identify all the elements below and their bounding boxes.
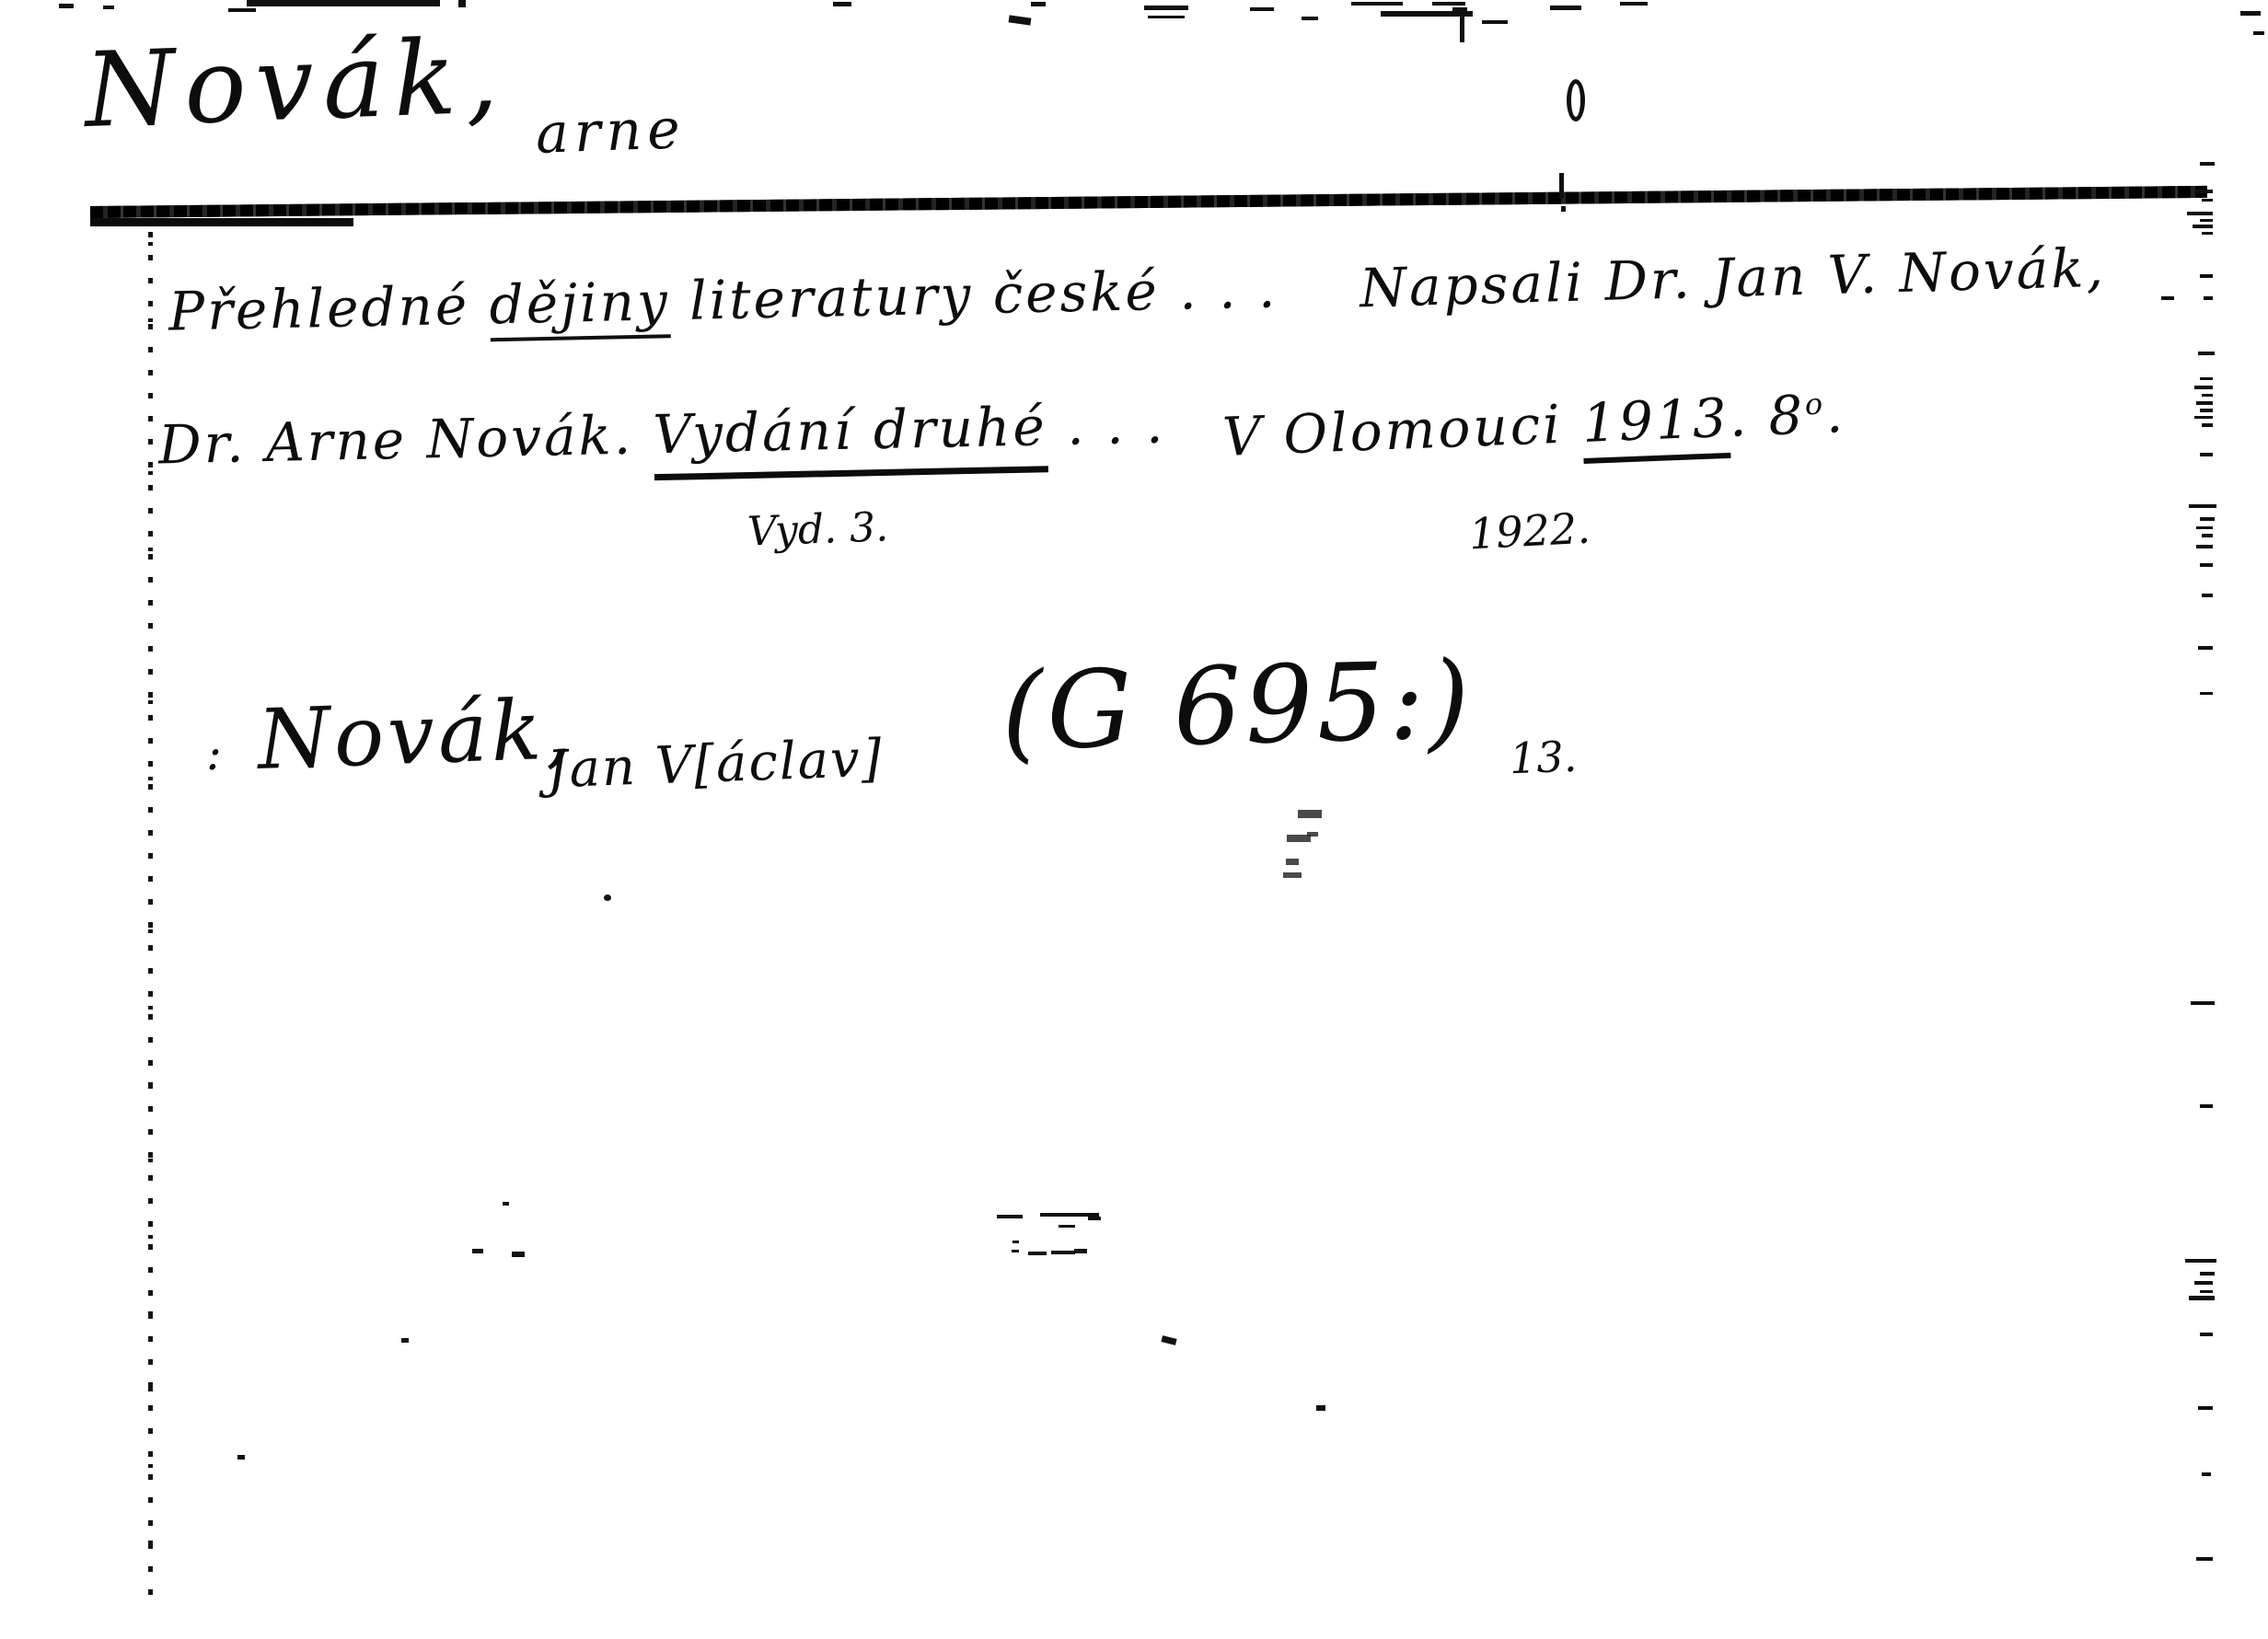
second-author-text: Dr. Arne Novák.: [157, 403, 654, 476]
edition-correction-note: Vyd. 3.: [746, 503, 889, 555]
title-text-underlined: dějiny: [489, 270, 671, 341]
imprint-place-text: V Olomouci: [1221, 392, 1583, 468]
reference-surname: Novák,: [256, 681, 576, 789]
reference-given-name: Jan V[áclav]: [546, 729, 885, 801]
card-heading-forename: arne: [535, 97, 687, 167]
statement-of-responsibility: Napsali Dr. Jan V. Novák,: [1359, 237, 2106, 320]
card-heading-surname: Novák,: [83, 17, 509, 151]
letter-d-mark: [1567, 79, 1585, 121]
title-text-before: Přehledné: [168, 273, 490, 342]
heading-rule-left-segment: [90, 218, 353, 226]
heading-rule: [90, 186, 2207, 218]
edition-text-after: . . .: [1047, 393, 1166, 458]
reference-number: 13.: [1509, 732, 1578, 784]
reference-colon: :: [206, 727, 222, 780]
reference-shelfmark: (G 695:): [1000, 638, 1475, 774]
imprint-format-end: .: [1824, 382, 1846, 445]
title-text-after: literatury české . . .: [669, 257, 1279, 332]
imprint-line: V Olomouci 1913. 8o.: [1221, 382, 1846, 468]
title-line: Přehledné dějiny literatury české . . .: [168, 257, 1279, 342]
imprint-format-text: . 8: [1728, 384, 1806, 449]
left-margin-dotted-line: [148, 232, 153, 1605]
imprint-year-correction: 1922.: [1468, 503, 1591, 560]
edition-text-underlined: Vydání druhé: [653, 395, 1048, 480]
imprint-format-degree: o: [1804, 387, 1826, 422]
author-edition-line: Dr. Arne Novák. Vydání druhé . . .: [157, 393, 1166, 477]
catalog-card-scan: { "style": { "ink_color": "#0d0d0d", "pa…: [0, 0, 2268, 1639]
imprint-year-original: 1913: [1581, 387, 1730, 464]
